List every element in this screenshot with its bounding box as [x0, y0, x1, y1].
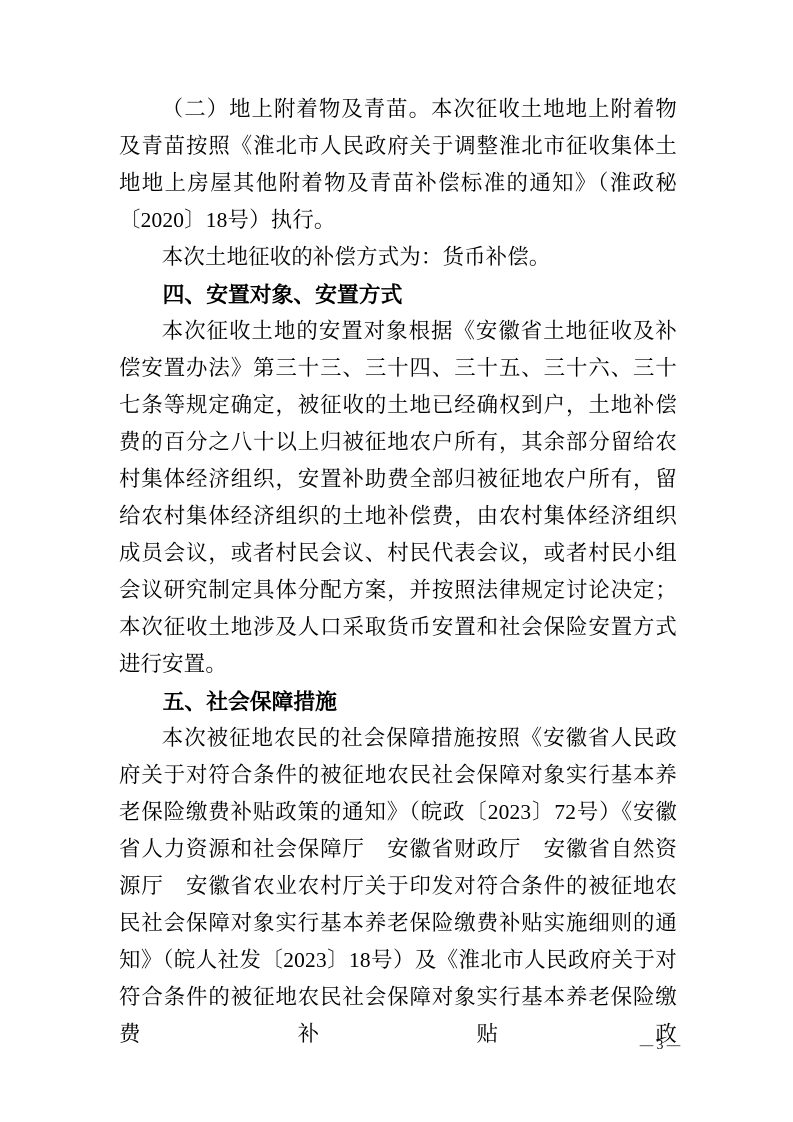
paragraph-ground-attachments: （二）地上附着物及青苗。本次征收土地地上附着物及青苗按照《淮北市人民政府关于调整… [119, 91, 677, 239]
heading-section-5-social-security: 五、社会保障措施 [119, 683, 677, 720]
paragraph-social-security-measures: 本次被征地农民的社会保障措施按照《安徽省人民政府关于对符合条件的被征地农民社会保… [119, 720, 677, 1053]
heading-section-4-resettlement: 四、安置对象、安置方式 [119, 276, 677, 313]
document-body: （二）地上附着物及青苗。本次征收土地地上附着物及青苗按照《淮北市人民政府关于调整… [119, 91, 677, 1053]
paragraph-resettlement-details: 本次征收土地的安置对象根据《安徽省土地征收及补偿安置办法》第三十三、三十四、三十… [119, 313, 677, 683]
page-number: — 3 — [630, 1036, 690, 1054]
paragraph-compensation-method: 本次土地征收的补偿方式为：货币补偿。 [119, 239, 677, 276]
document-page: （二）地上附着物及青苗。本次征收土地地上附着物及青苗按照《淮北市人民政府关于调整… [0, 0, 793, 1122]
